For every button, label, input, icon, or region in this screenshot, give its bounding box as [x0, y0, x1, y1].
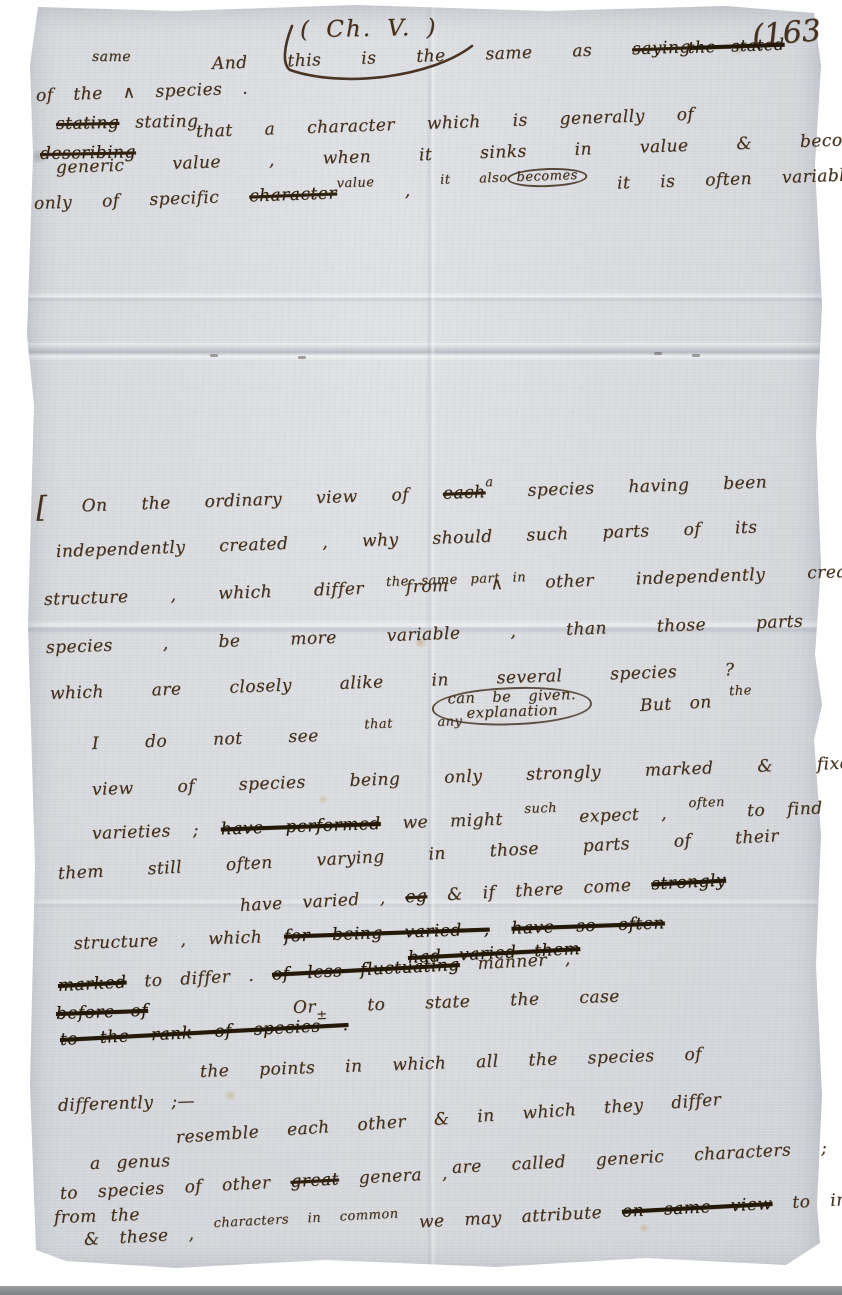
struck-text: the stated: [688, 35, 785, 57]
handwritten-text: it is often: [587, 169, 753, 195]
deleted-text-line: before of: [56, 1003, 149, 1024]
text-line: structure , which differ from ∧ other in…: [44, 563, 842, 610]
struck-text: becomes: [507, 167, 587, 188]
handwritten-text: And this is the same as: [212, 39, 633, 74]
handwritten-text: to species of other: [59, 1172, 291, 1204]
text-line: marked to differ . of less fluctuating m…: [58, 951, 572, 996]
struck-text: that any: [364, 715, 463, 732]
struck-text: stating: [56, 113, 120, 134]
handwritten-text: On the ordinary view of: [47, 484, 443, 518]
struck-text: the: [729, 684, 752, 699]
struck-text: have performed: [220, 814, 381, 840]
handwritten-text: varieties ;: [92, 820, 222, 844]
handwritten-text: only of specific: [34, 186, 250, 214]
handwritten-text: variable .: [752, 164, 842, 189]
handwritten-text: species having been: [493, 472, 767, 502]
text-line: [ On the ordinary view of eacha species …: [36, 470, 768, 519]
handwritten-text: same: [92, 49, 131, 65]
handwritten-text: structure , which: [74, 927, 285, 954]
struck-text: value: [336, 176, 374, 191]
handwritten-text: But on: [639, 691, 730, 716]
handwritten-text: that a character which is generally of: [196, 105, 695, 142]
struck-text: it also: [440, 171, 508, 187]
handwritten-text: we may attribute: [399, 1202, 623, 1234]
struck-text: such: [524, 802, 557, 817]
struck-text: saying: [632, 37, 691, 59]
struck-text: eg: [405, 886, 428, 907]
struck-text: have so often: [511, 913, 665, 938]
handwritten-text: I do not see: [92, 724, 365, 754]
text-line: Or± to state the case: [293, 989, 620, 1018]
text-line: species , be more variable , than those …: [46, 614, 804, 658]
handwritten-text: which are closely alike in several speci…: [50, 660, 735, 704]
struck-text: great: [290, 1169, 340, 1192]
handwritten-text: a genus: [90, 1151, 171, 1174]
text-line: have varied , eg & if there come strongl…: [240, 873, 727, 916]
handwritten-text: resemble each other & in which they diff…: [175, 1090, 722, 1148]
handwritten-text: have varied ,: [239, 887, 405, 916]
text-line: view of species being only strongly mark…: [92, 755, 842, 800]
handwritten-text: Or: [293, 997, 317, 1018]
handwritten-text: the points in which all the species of: [200, 1044, 703, 1082]
handwritten-text: view of species being only strongly mark…: [92, 753, 842, 800]
handwritten-text: ,: [374, 180, 440, 202]
handwritten-text: stating: [119, 112, 199, 133]
handwritten-text: to inheritance: [772, 1185, 842, 1213]
text-line: stating stating: [56, 114, 199, 134]
text-line: the points in which all the species of: [200, 1046, 703, 1081]
text-line: differently ;—: [58, 1093, 196, 1116]
struck-text: marked: [57, 972, 127, 996]
struck-text: strongly: [651, 871, 727, 895]
struck-text: often: [688, 796, 725, 811]
text-line: But on the: [640, 692, 753, 716]
handwritten-text: we might: [380, 809, 525, 834]
text-line: independently created , why should such …: [56, 520, 758, 562]
handwritten-text: to find: [725, 798, 823, 821]
handwritten-text: & these ,: [83, 1223, 214, 1250]
struck-text: on same view: [621, 1194, 773, 1222]
handwritten-text: genera ,: [338, 1164, 448, 1190]
struck-text: each: [443, 482, 486, 503]
handwritten-text: explanation: [448, 703, 577, 723]
insertion: same: [92, 50, 131, 65]
deleted-note: the stated: [688, 37, 785, 57]
text-line: are called generic characters ;: [452, 1140, 828, 1177]
handwritten-text: are called generic characters ;: [451, 1138, 827, 1178]
struck-text: a: [485, 476, 494, 490]
handwritten-text: of the ∧ species .: [36, 79, 249, 106]
handwritten-text: expect ,: [557, 803, 689, 828]
text-line: And this is the same as saying: [212, 39, 691, 74]
struck-text: for being varied ,: [284, 919, 490, 946]
handwritten-text: from the: [54, 1205, 141, 1228]
text-line: which are closely alike in several speci…: [50, 662, 735, 704]
struck-text: of less fluctuating: [271, 955, 460, 985]
manuscript-text-layer: the statedsameAnd this is the same as sa…: [0, 0, 842, 1295]
handwritten-text: [489, 919, 512, 940]
text-line: of the ∧ species .: [36, 81, 249, 106]
text-line: resemble each other & in which they diff…: [175, 1092, 722, 1148]
struck-text: character: [249, 183, 338, 206]
handwritten-text: & if there come: [427, 874, 652, 906]
handwritten-text: structure , which differ from ∧ other in…: [44, 561, 842, 610]
struck-text: characters in common: [213, 1208, 399, 1231]
struck-text: before of: [56, 1001, 149, 1024]
text-line: I do not see that any: [92, 723, 463, 754]
text-line: a genus: [90, 1153, 171, 1174]
handwritten-text: to differ .: [126, 965, 273, 993]
text-line: from the: [54, 1207, 141, 1228]
handwritten-text: [: [35, 490, 48, 524]
handwritten-text: to state the case: [327, 987, 620, 1017]
handwritten-text: species , be more variable , than those …: [46, 612, 804, 658]
scan-edge-strip: [0, 1286, 842, 1295]
text-line: that a character which is generally of: [196, 107, 695, 142]
handwritten-text: differently ;—: [58, 1091, 196, 1116]
handwritten-text: independently created , why should such …: [56, 518, 758, 562]
